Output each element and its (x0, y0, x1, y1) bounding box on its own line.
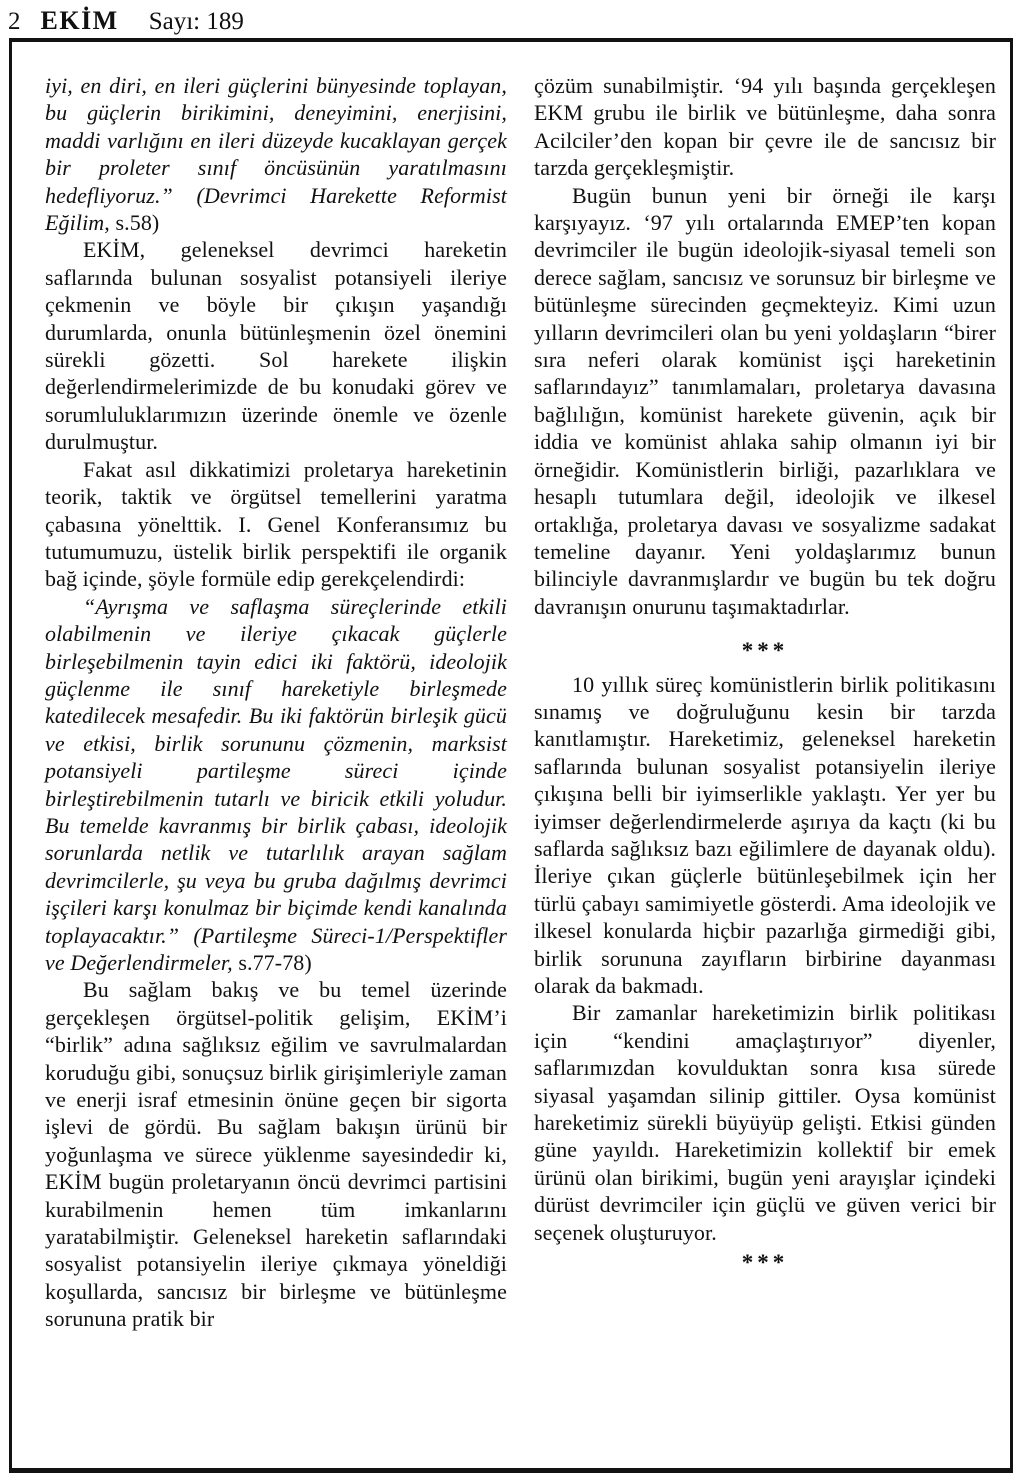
opening-quote-citation-page: , s.58) (104, 210, 159, 235)
body-paragraph: Bugün bunun yeni bir örneği ile karşı ka… (534, 182, 996, 621)
body-paragraph: 10 yıllık süreç komünistlerin birlik pol… (534, 671, 996, 1000)
body-paragraph: EKİM, geleneksel devrimci hareketin safl… (45, 236, 507, 455)
asterisk-separator: *** (534, 1249, 996, 1276)
body-paragraph: çözüm sunabilmiştir. ‘94 yılı başında ge… (534, 72, 996, 182)
block-quote-citation-page: s.77-78) (233, 950, 312, 975)
block-quote-paragraph: “Ayrışma ve saflaşma süreçlerinde etkili… (45, 593, 507, 977)
journal-page: 2 EKİM Sayı: 189 iyi, en diri, en ileri … (0, 0, 1024, 1483)
body-paragraph: Bu sağlam bakış ve bu temel üzerinde ger… (45, 976, 507, 1332)
body-paragraph: Fakat asıl dikkatimizi proletarya hareke… (45, 456, 507, 593)
left-column: iyi, en diri, en ileri güçlerini bünyesi… (45, 72, 507, 1454)
asterisk-separator: *** (534, 637, 996, 664)
issue-label: Sayı: 189 (149, 8, 244, 36)
content-frame: iyi, en diri, en ileri güçlerini bünyesi… (9, 38, 1013, 1473)
running-head: 2 EKİM Sayı: 189 (8, 6, 244, 36)
right-column: çözüm sunabilmiştir. ‘94 yılı başında ge… (534, 72, 996, 1454)
page-number: 2 (8, 8, 21, 36)
opening-quote-paragraph: iyi, en diri, en ileri güçlerini bünyesi… (45, 72, 507, 236)
block-quote-text: “Ayrışma ve saflaşma süreçlerinde etkili… (45, 594, 507, 948)
masthead-title: EKİM (41, 6, 119, 36)
body-paragraph: Bir zamanlar hareketimizin birlik politi… (534, 999, 996, 1246)
